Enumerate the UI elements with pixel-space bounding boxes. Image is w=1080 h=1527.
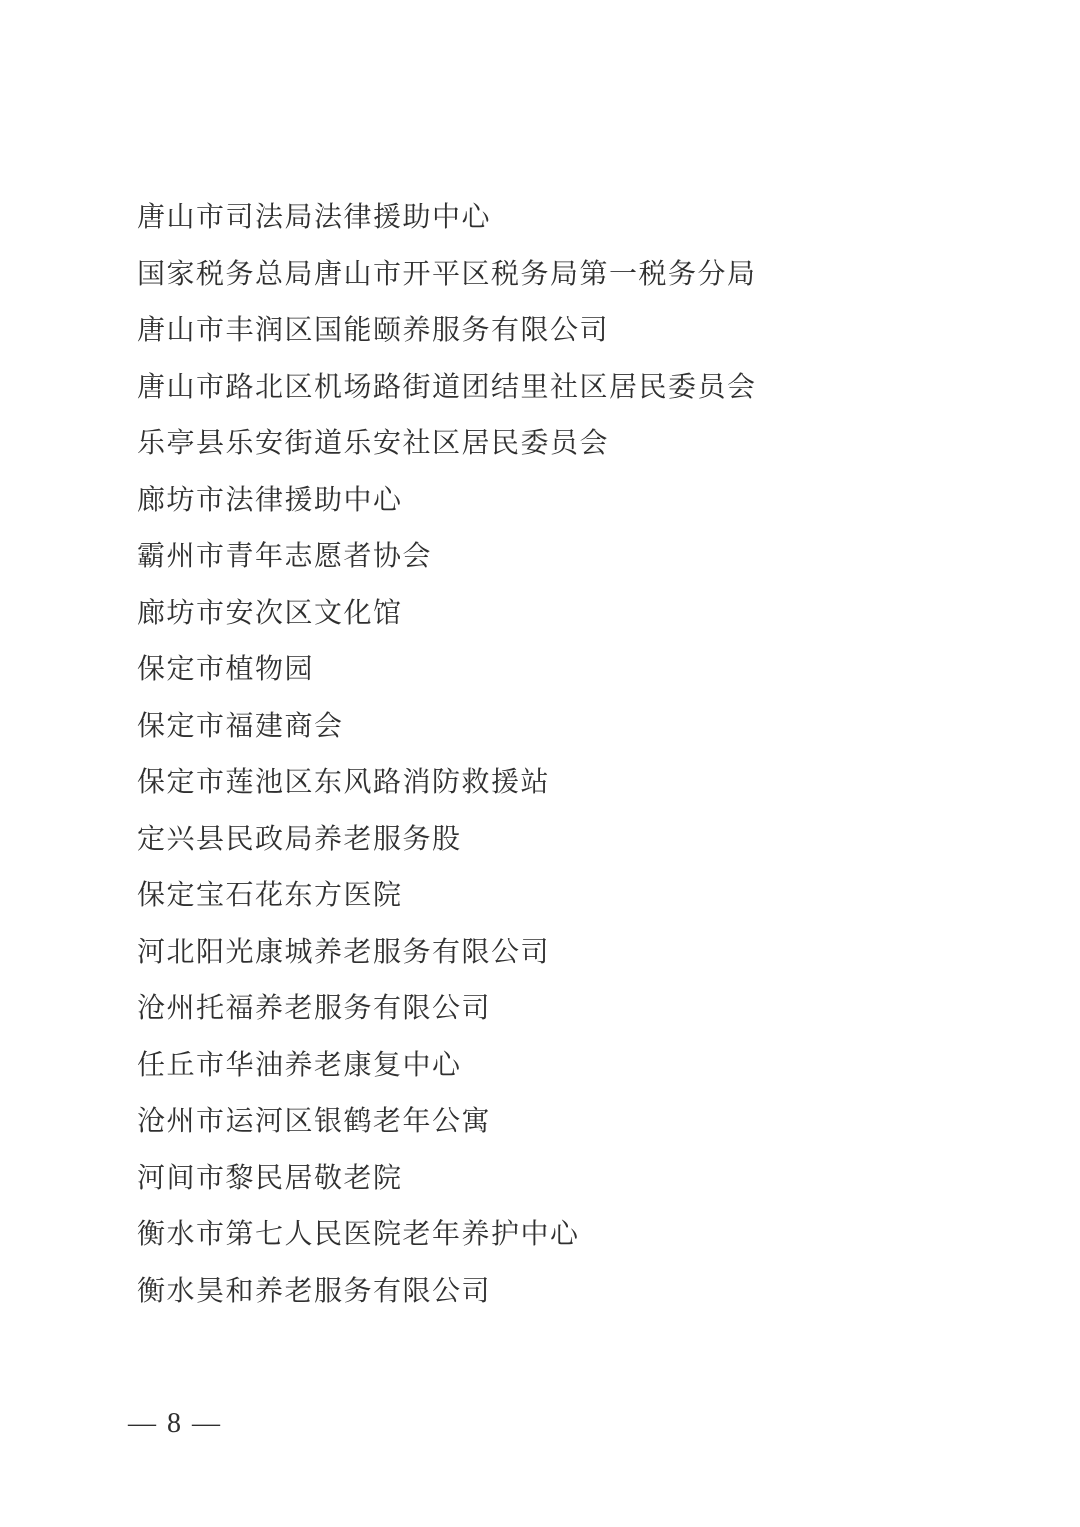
list-item: 霸州市青年志愿者协会 — [137, 529, 1020, 586]
list-item: 保定市福建商会 — [137, 699, 1020, 756]
list-item: 唐山市路北区机场路街道团结里社区居民委员会 — [137, 360, 1020, 417]
list-item: 沧州市运河区银鹤老年公寓 — [137, 1094, 1020, 1151]
list-item: 衡水昊和养老服务有限公司 — [137, 1264, 1020, 1321]
list-item: 保定宝石花东方医院 — [137, 868, 1020, 925]
list-item: 河北阳光康城养老服务有限公司 — [137, 925, 1020, 982]
list-item: 衡水市第七人民医院老年养护中心 — [137, 1207, 1020, 1264]
list-item: 唐山市丰润区国能颐养服务有限公司 — [137, 303, 1020, 360]
list-item: 沧州托福养老服务有限公司 — [137, 981, 1020, 1038]
list-item: 河间市黎民居敬老院 — [137, 1151, 1020, 1208]
organization-list: 唐山市司法局法律援助中心 国家税务总局唐山市开平区税务局第一税务分局 唐山市丰润… — [137, 190, 1020, 1320]
list-item: 廊坊市法律援助中心 — [137, 473, 1020, 530]
list-item: 国家税务总局唐山市开平区税务局第一税务分局 — [137, 247, 1020, 304]
list-item: 唐山市司法局法律援助中心 — [137, 190, 1020, 247]
list-item: 任丘市华油养老康复中心 — [137, 1038, 1020, 1095]
document-page: 唐山市司法局法律援助中心 国家税务总局唐山市开平区税务局第一税务分局 唐山市丰润… — [0, 0, 1080, 1527]
list-item: 保定市莲池区东风路消防救援站 — [137, 755, 1020, 812]
list-item: 乐亭县乐安街道乐安社区居民委员会 — [137, 416, 1020, 473]
list-item: 定兴县民政局养老服务股 — [137, 812, 1020, 869]
list-item: 廊坊市安次区文化馆 — [137, 586, 1020, 643]
list-item: 保定市植物园 — [137, 642, 1020, 699]
page-number: — 8 — — [128, 1408, 222, 1440]
